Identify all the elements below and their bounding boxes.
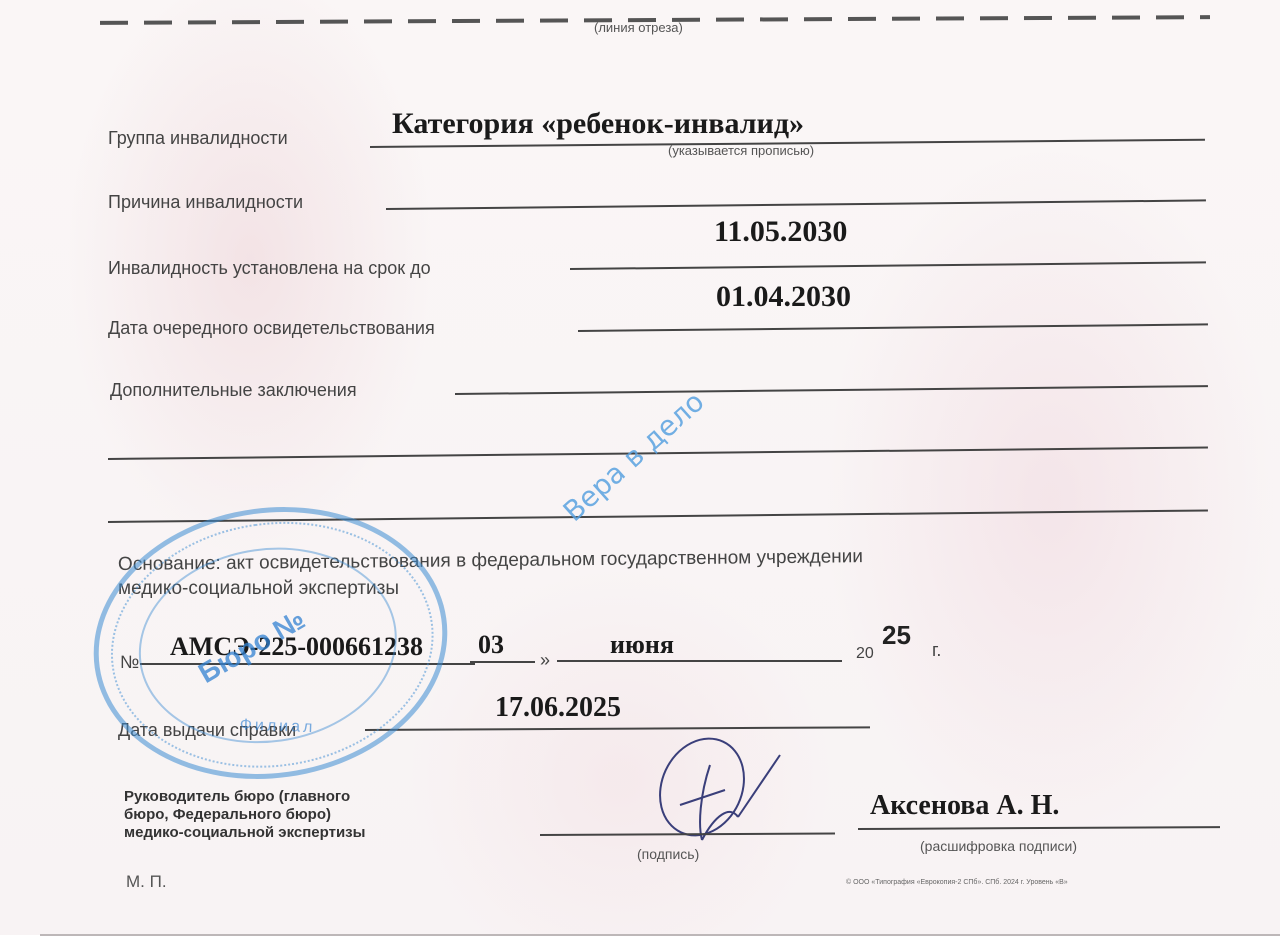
act-day-value: 03	[478, 630, 504, 660]
page-edge	[40, 934, 1280, 936]
act-year-prefix: 20	[856, 645, 874, 663]
cut-line-caption: (линия отреза)	[594, 20, 683, 35]
head-title-line-1: Руководитель бюро (главного	[124, 788, 350, 805]
disability-group-value: Категория «ребенок-инвалид»	[392, 107, 804, 141]
next-exam-value: 01.04.2030	[716, 280, 851, 314]
act-year-suffix: 25	[882, 620, 911, 651]
valid-until-value: 11.05.2030	[714, 215, 847, 249]
head-title-line-2: бюро, Федерального бюро)	[124, 806, 331, 823]
head-title-line-3: медико-социальной экспертизы	[124, 824, 365, 841]
signature-scribble	[640, 735, 790, 845]
signer-caption: (расшифровка подписи)	[920, 838, 1077, 854]
act-day-quote: »	[540, 650, 550, 671]
act-day-line	[470, 661, 535, 663]
additional-label: Дополнительные заключения	[110, 380, 357, 401]
disability-group-hint: (указывается прописью)	[668, 143, 814, 158]
stamp-place-label: М. П.	[126, 872, 167, 892]
act-month-value: июня	[610, 630, 674, 660]
issue-date-value: 17.06.2025	[495, 692, 621, 724]
printer-imprint: © ООО «Типография «Еврокопия-2 СПб». СПб…	[846, 879, 1068, 886]
disability-group-label: Группа инвалидности	[108, 128, 288, 149]
next-exam-label: Дата очередного освидетельствования	[108, 318, 435, 339]
signer-name: Аксенова А. Н.	[870, 790, 1059, 822]
signature-caption: (подпись)	[637, 846, 699, 862]
valid-until-label: Инвалидность установлена на срок до	[108, 258, 431, 279]
act-year-unit: г.	[932, 640, 941, 661]
stamp-branch-text: Филиал	[239, 717, 315, 738]
disability-cause-label: Причина инвалидности	[108, 192, 303, 213]
act-month-line	[557, 660, 842, 662]
